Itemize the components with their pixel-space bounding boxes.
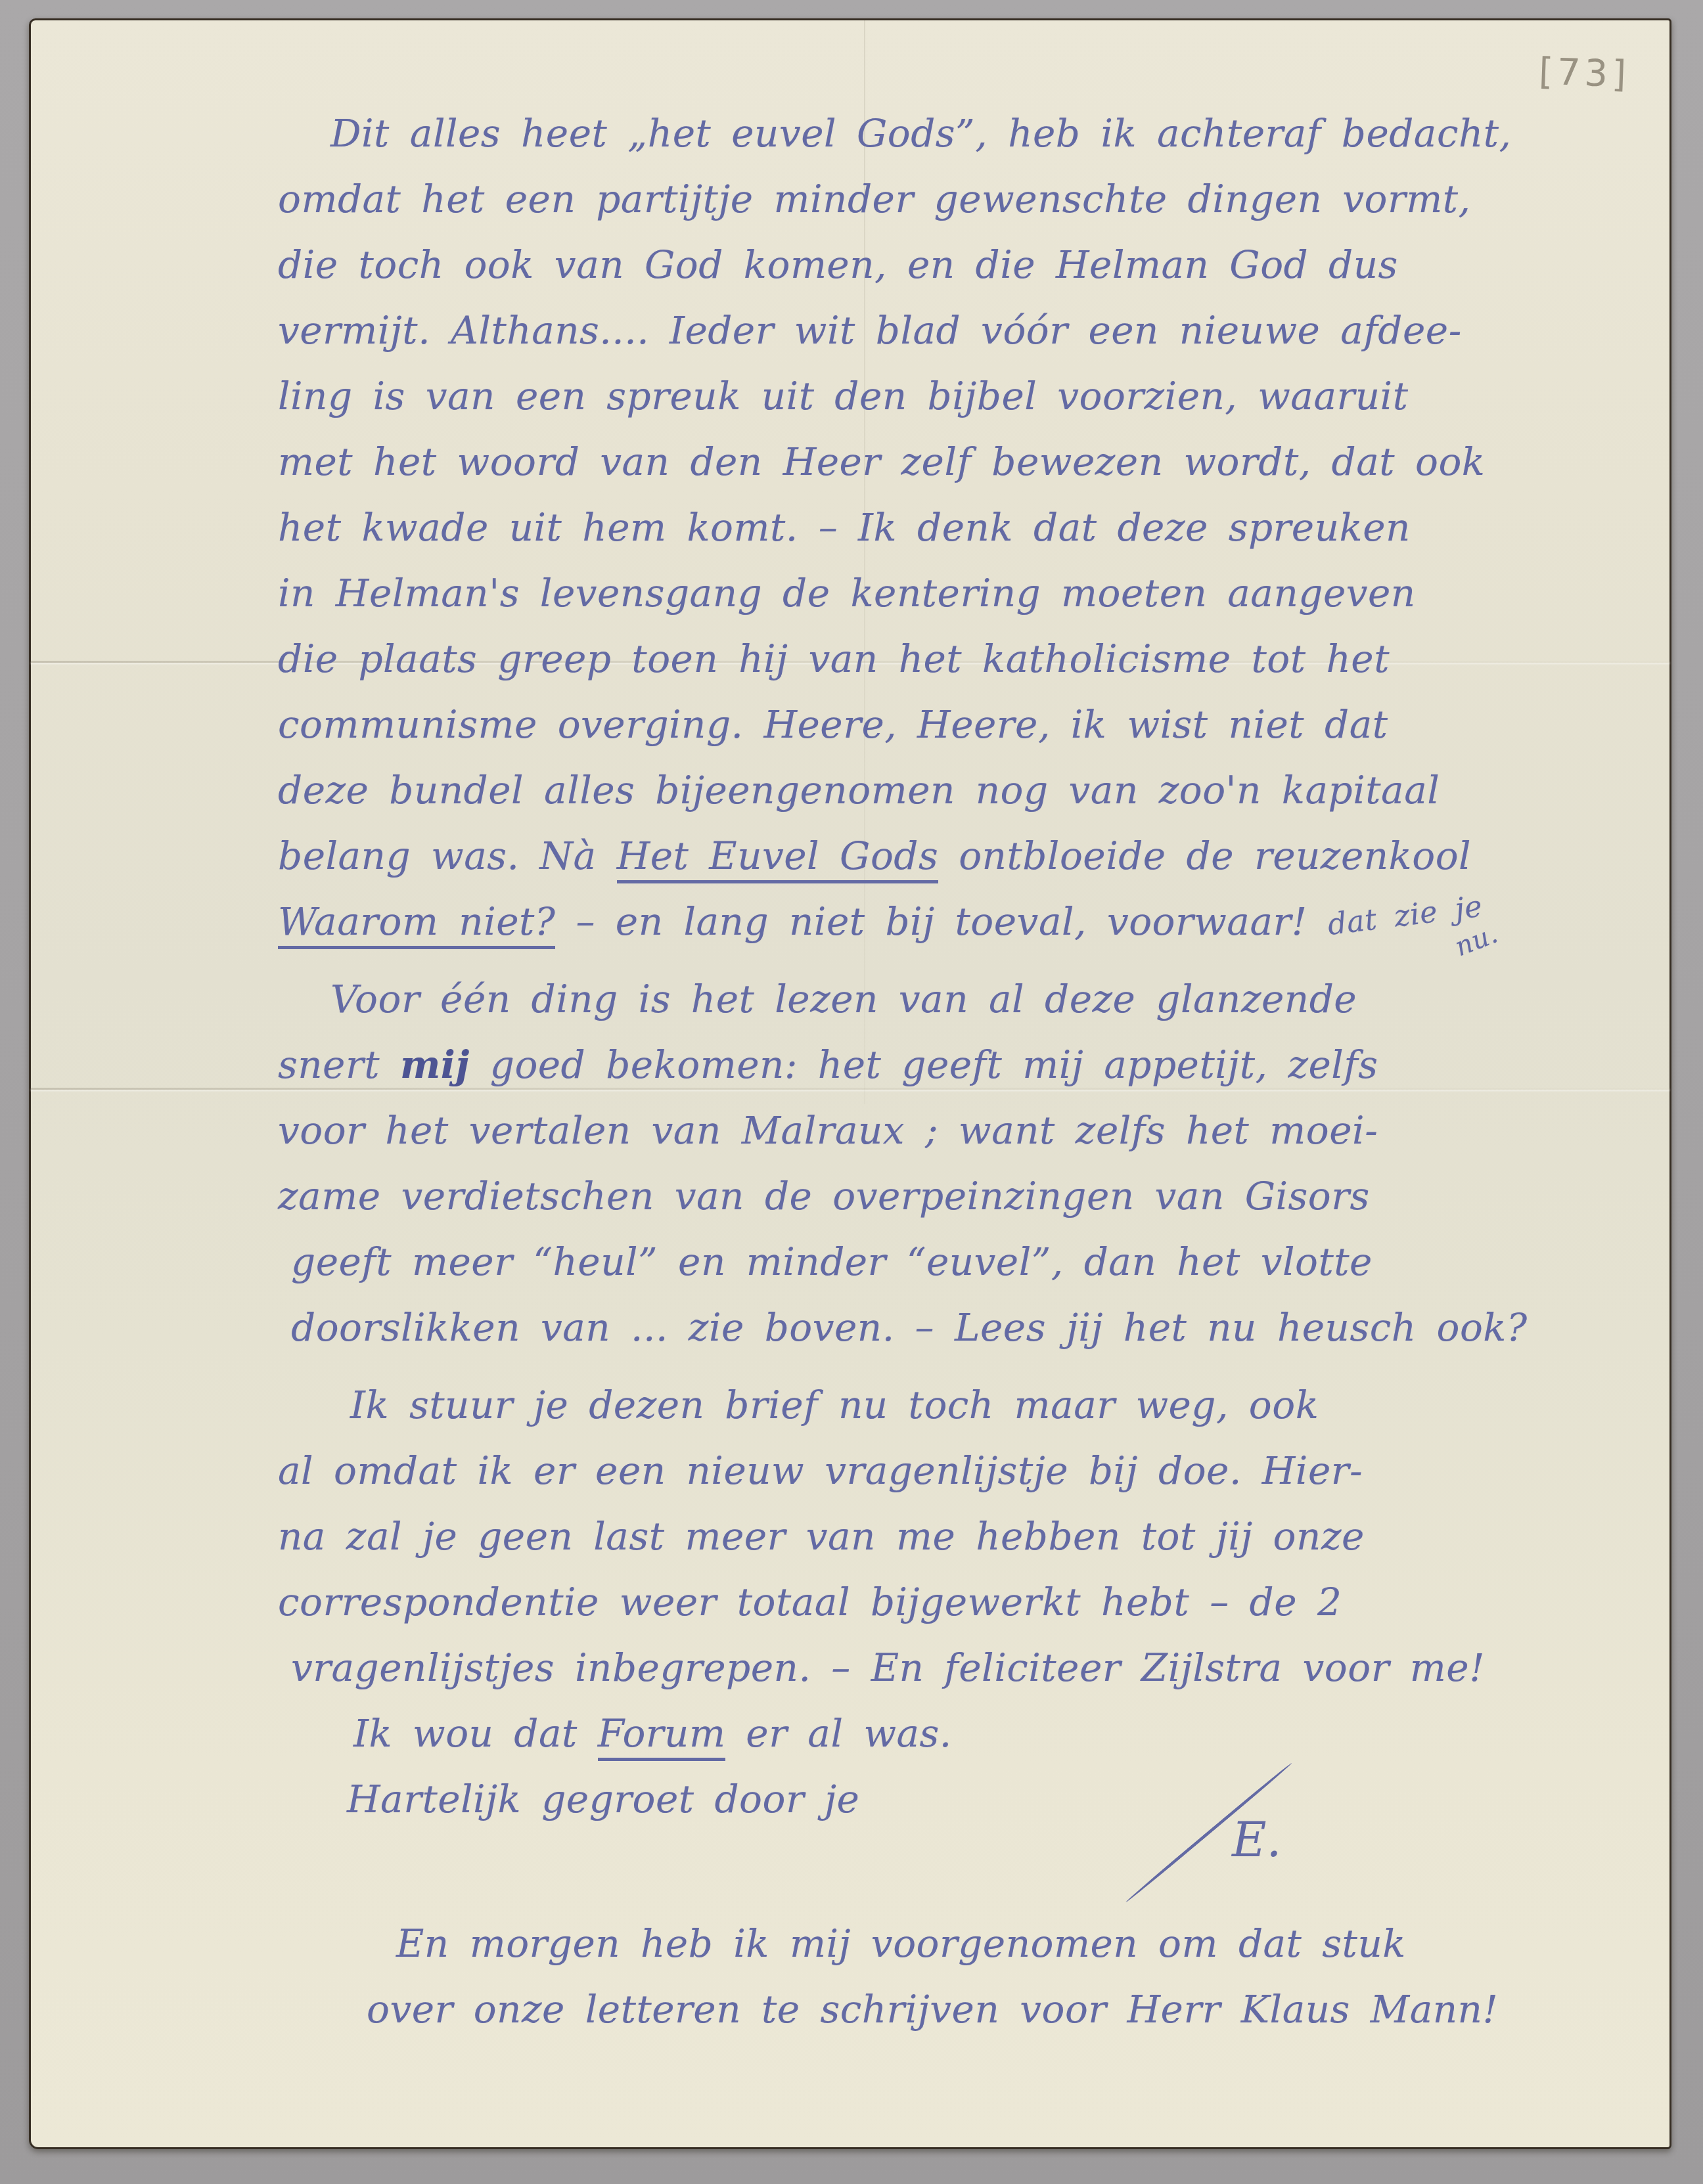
text-segment: die toch ook van God komen, en die Helma… [278,242,1398,287]
letter-line: Ik stuur je dezen brief nu toch maar weg… [278,1372,1651,1438]
letter-line: communisme overging. Heere, Heere, ik wi… [278,692,1651,757]
letter-line: doorslikken van ... zie boven. – Lees ji… [278,1295,1651,1360]
text-segment: in Helman's levensgang de kentering moet… [278,571,1416,615]
letter-line: Ik wou dat Forum er al was. [278,1701,1651,1766]
text-segment: belang was. Nà [278,834,617,878]
text-segment: goed bekomen: het geeft mij appetijt, ze… [470,1042,1378,1087]
letter-page: [73] Dit alles heet „het euvel Gods”, he… [29,18,1671,2149]
scanned-letter-page: { "document": { "type": "handwritten-let… [0,0,1703,2184]
text-segment: – en lang niet bij toeval, voorwaar! [555,899,1327,944]
text-segment: vragenlijstjes inbegrepen. – En felicite… [291,1645,1485,1690]
letter-line: Voor één ding is het lezen van al deze g… [278,966,1651,1032]
letter-line: vragenlijstjes inbegrepen. – En felicite… [278,1635,1651,1701]
text-segment: snert [278,1042,400,1087]
letter-line: voor het vertalen van Malraux ; want zel… [278,1098,1651,1163]
underlined-phrase: Het Euvel Gods [617,834,939,883]
signature-block: E. [1115,1741,1417,1958]
text-segment: doorslikken van ... zie boven. – Lees ji… [291,1305,1528,1350]
text-segment: mij [400,1042,470,1087]
text-segment: vermijt. Althans.... Ieder wit blad vóór… [278,308,1462,353]
text-segment: die plaats greep toen hij van het kathol… [278,636,1390,681]
text-segment: Hartelijk gegroet door je [347,1777,859,1821]
text-segment: al omdat ik er een nieuw vragenlijstje b… [278,1448,1363,1493]
underlined-phrase: Waarom niet? [278,899,555,949]
letter-line: zame verdietschen van de overpeinzingen … [278,1163,1651,1229]
letter-line: correspondentie weer totaal bijgewerkt h… [278,1569,1651,1635]
text-segment: er al was. [725,1711,951,1756]
underlined-phrase: Forum [598,1711,726,1761]
text-segment: Dit alles heet „het euvel Gods”, heb ik … [330,111,1512,156]
letter-line: ling is van een spreuk uit den bijbel vo… [278,363,1651,429]
text-segment: zame verdietschen van de overpeinzingen … [278,1174,1370,1218]
letter-line: die plaats greep toen hij van het kathol… [278,626,1651,692]
text-segment: Voor één ding is het lezen van al deze g… [330,977,1357,1021]
letter-line: En morgen heb ik mij voorgenomen om dat … [278,1911,1651,1976]
text-segment: correspondentie weer totaal bijgewerkt h… [278,1580,1342,1624]
text-segment: ling is van een spreuk uit den bijbel vo… [278,374,1408,418]
text-segment: over onze letteren te schrijven voor Her… [367,1987,1498,2032]
pencil-page-number: [73] [1538,51,1631,97]
text-segment: ontbloeide de reuzenkool [938,834,1471,878]
letter-line: geeft meer “heul” en minder “euvel”, dan… [278,1229,1651,1295]
letter-line: vermijt. Althans.... Ieder wit blad vóór… [278,298,1651,363]
letter-line: Dit alles heet „het euvel Gods”, heb ik … [278,100,1651,166]
letter-line: in Helman's levensgang de kentering moet… [278,560,1651,626]
letter-line: Waarom niet? – en lang niet bij toeval, … [278,889,1651,954]
text-segment: met het woord van den Heer zelf bewezen … [278,439,1486,484]
letter-line: snert mij goed bekomen: het geeft mij ap… [278,1032,1651,1098]
text-segment: Ik stuur je dezen brief nu toch maar weg… [350,1383,1319,1427]
text-segment: communisme overging. Heere, Heere, ik wi… [278,702,1388,747]
text-segment: deze bundel alles bijeengenomen nog van … [278,768,1440,813]
inserted-annotation: dat zie jenu. [1327,891,1484,940]
text-segment: Ik wou dat [353,1711,598,1756]
text-segment: omdat het een partijtje minder gewenscht… [278,177,1470,221]
letter-body: Dit alles heet „het euvel Gods”, heb ik … [278,100,1651,2042]
letter-line: met het woord van den Heer zelf bewezen … [278,429,1651,495]
letter-line: belang was. Nà Het Euvel Gods ontbloeide… [278,823,1651,889]
signature-initial: E. [1232,1812,1281,1867]
letter-line: die toch ook van God komen, en die Helma… [278,232,1651,298]
letter-line: Hartelijk gegroet door je [278,1766,1651,1832]
text-segment: na zal je geen last meer van me hebben t… [278,1514,1365,1559]
letter-line: over onze letteren te schrijven voor Her… [278,1976,1651,2042]
letter-line: na zal je geen last meer van me hebben t… [278,1504,1651,1569]
text-segment: geeft meer “heul” en minder “euvel”, dan… [291,1239,1373,1284]
letter-line: al omdat ik er een nieuw vragenlijstje b… [278,1438,1651,1504]
letter-line: het kwade uit hem komt. – Ik denk dat de… [278,495,1651,560]
letter-line: deze bundel alles bijeengenomen nog van … [278,757,1651,823]
letter-line: omdat het een partijtje minder gewenscht… [278,166,1651,232]
text-segment: het kwade uit hem komt. – Ik denk dat de… [278,505,1411,550]
text-segment: voor het vertalen van Malraux ; want zel… [278,1108,1378,1153]
